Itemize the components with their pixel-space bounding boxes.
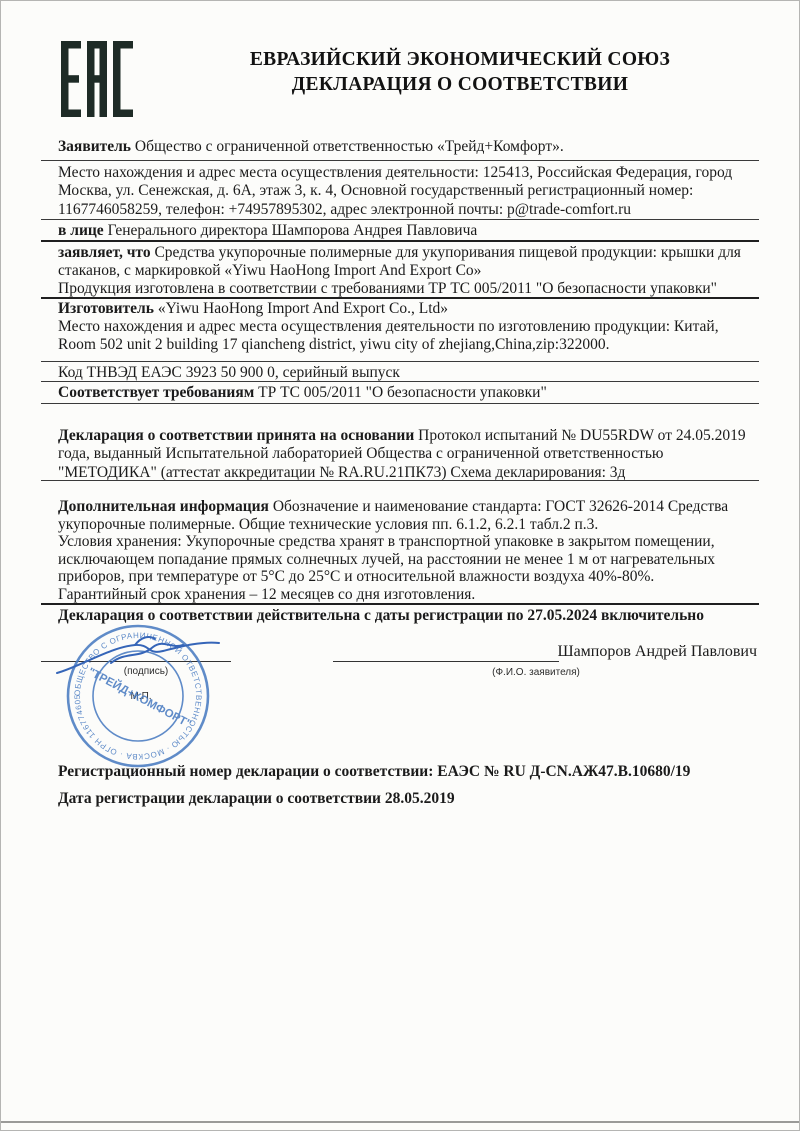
manufacturer-label: Изготовитель [58, 300, 154, 317]
basis-line: Декларация о соответствии принята на осн… [58, 427, 758, 482]
tnved-line: Код ТНВЭД ЕАЭС 3923 50 900 0, серийный в… [58, 364, 758, 382]
in-person-line: в лице Генерального директора Шампорова … [58, 222, 758, 240]
signature-line [333, 661, 559, 662]
declares-line: заявляет, что Средства укупорочные полим… [58, 244, 758, 281]
divider [41, 403, 759, 404]
handwritten-signature [51, 633, 251, 693]
applicant-line: Заявитель Общество с ограниченной ответс… [58, 138, 758, 156]
manufacturer-value: «Yiwu HaoHong Import And Export Co., Ltd… [158, 300, 448, 317]
title-union: ЕВРАЗИЙСКИЙ ЭКОНОМИЧЕСКИЙ СОЮЗ [161, 47, 759, 72]
divider [41, 297, 759, 299]
document-header: ЕВРАЗИЙСКИЙ ЭКОНОМИЧЕСКИЙ СОЮЗ ДЕКЛАРАЦИ… [1, 39, 799, 129]
applicant-value: Общество с ограниченной ответственностью… [135, 138, 564, 155]
basis-label: Декларация о соответствии принята на осн… [58, 427, 414, 444]
applicant-label: Заявитель [58, 138, 131, 155]
declares-label: заявляет, что [58, 244, 151, 261]
declares-value: Средства укупорочные полимерные для укуп… [58, 244, 741, 279]
divider [41, 160, 759, 161]
declaration-document: ЕВРАЗИЙСКИЙ ЭКОНОМИЧЕСКИЙ СОЮЗ ДЕКЛАРАЦИ… [0, 0, 800, 1131]
divider [41, 240, 759, 242]
manufacturer-address: Место нахождения и адрес места осуществл… [58, 318, 758, 355]
additional-label: Дополнительная информация [58, 498, 269, 515]
complies-value: ТР ТС 005/2011 "О безопасности упаковки" [258, 384, 547, 401]
divider [41, 603, 759, 605]
in-person-label: в лице [58, 222, 104, 239]
signature-block: (подпись) М.П. (Ф.И.О. заявителя) Шампор… [41, 629, 759, 764]
divider [41, 219, 759, 220]
applicant-address: Место нахождения и адрес места осуществл… [58, 164, 758, 219]
product-made-line: Продукция изготовлена в соответствии с т… [58, 280, 758, 298]
additional-info: Дополнительная информация Обозначение и … [58, 498, 758, 603]
complies-label: Соответствует требованиям [58, 384, 254, 401]
in-person-value: Генерального директора Шампорова Андрея … [108, 222, 478, 239]
additional-warranty: Гарантийный срок хранения – 12 месяцев с… [58, 586, 475, 603]
document-title: ЕВРАЗИЙСКИЙ ЭКОНОМИЧЕСКИЙ СОЮЗ ДЕКЛАРАЦИ… [161, 47, 759, 97]
complies-line: Соответствует требованиям ТР ТС 005/2011… [58, 384, 758, 402]
additional-storage: Условия хранения: Укупорочные средства х… [58, 533, 715, 585]
manufacturer-line: Изготовитель «Yiwu HaoHong Import And Ex… [58, 300, 758, 318]
fio-caption: (Ф.И.О. заявителя) [492, 667, 580, 678]
divider [41, 480, 759, 481]
applicant-fio: Шампоров Андрей Павлович [557, 643, 757, 661]
divider [41, 381, 759, 382]
registration-date-line: Дата регистрации декларации о соответств… [58, 790, 758, 808]
title-declaration: ДЕКЛАРАЦИЯ О СООТВЕТСТВИИ [161, 72, 759, 97]
registration-number-line: Регистрационный номер декларации о соотв… [58, 763, 758, 781]
eac-logo-icon [61, 41, 133, 117]
divider [41, 361, 759, 362]
